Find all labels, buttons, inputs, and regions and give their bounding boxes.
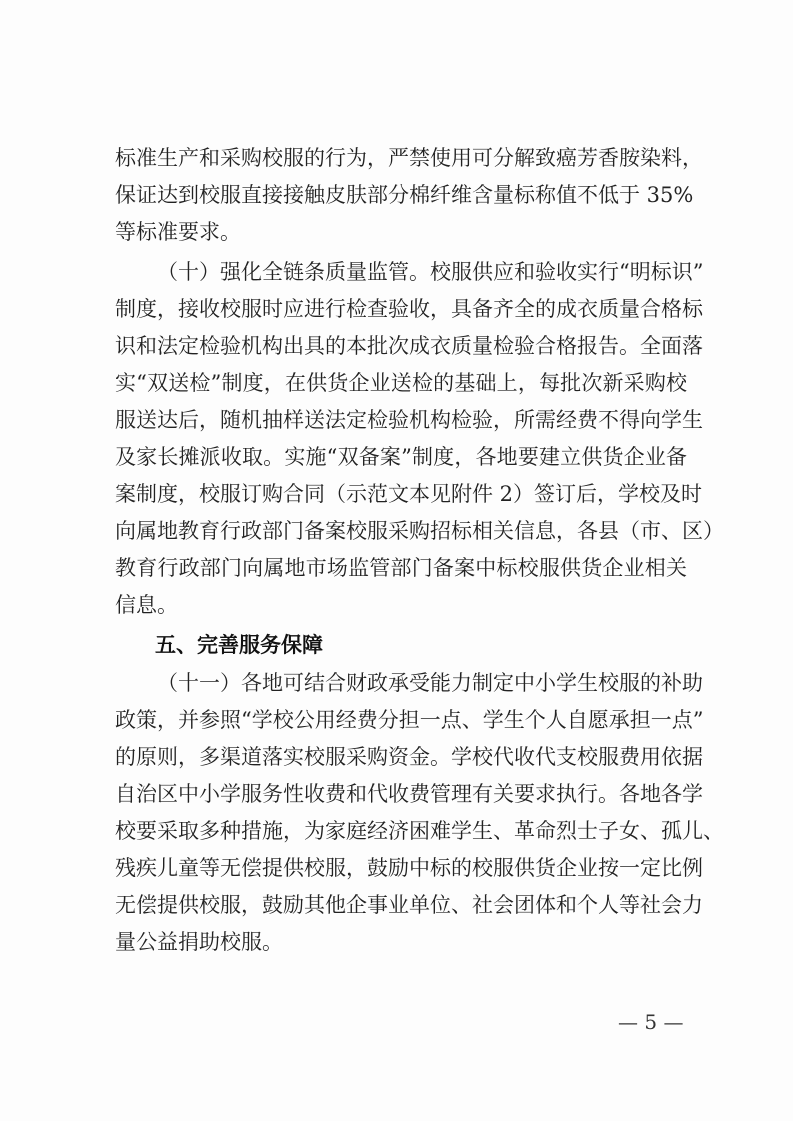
text-line: 校要采取多种措施，为家庭经济困难学生、革命烈士子女、孤儿、	[115, 813, 687, 850]
text-line: 信息。	[115, 587, 687, 624]
text-line: 实“双送检”制度，在供货企业送检的基础上，每批次新采购校	[115, 365, 687, 402]
document-page: 标准生产和采购校服的行为，严禁使用可分解致癌芳香胺染料， 保证达到校服直接接触皮…	[0, 0, 793, 1121]
text-line: 识和法定检验机构出具的本批次成衣质量检验合格报告。全面落	[115, 328, 687, 365]
text-line: 残疾儿童等无偿提供校服，鼓励中标的校服供货企业按一定比例	[115, 850, 687, 887]
section-heading: 五、完善服务保障	[155, 627, 323, 664]
text-line: 保证达到校服直接接触皮肤部分棉纤维含量标称值不低于 35%	[115, 177, 687, 214]
text-line: 等标准要求。	[115, 214, 687, 251]
text-line: 自治区中小学服务性收费和代收费管理有关要求执行。各地各学	[115, 776, 687, 813]
text-line: 教育行政部门向属地市场监管部门备案中标校服供货企业相关	[115, 550, 687, 587]
text-line: 标准生产和采购校服的行为，严禁使用可分解致癌芳香胺染料，	[115, 140, 687, 177]
text-line: 量公益捐助校服。	[115, 924, 687, 961]
text-line: 无偿提供校服，鼓励其他企事业单位、社会团体和个人等社会力	[115, 887, 687, 924]
page-number: — 5 —	[618, 1010, 683, 1034]
paragraph-first-line: （十）强化全链条质量监管。校服供应和验收实行“明标识”	[157, 254, 687, 291]
text-line: 政策，并参照“学校公用经费分担一点、学生个人自愿承担一点”	[115, 702, 687, 739]
text-line: 及家长摊派收取。实施“双备案”制度，各地要建立供货企业备	[115, 439, 687, 476]
text-line: 制度，接收校服时应进行检查验收，具备齐全的成衣质量合格标	[115, 291, 687, 328]
text-line: 的原则，多渠道落实校服采购资金。学校代收代支校服费用依据	[115, 739, 687, 776]
text-line: 向属地教育行政部门备案校服采购招标相关信息，各县（市、区）	[115, 513, 687, 550]
text-line: 服送达后，随机抽样送法定检验机构检验，所需经费不得向学生	[115, 402, 687, 439]
text-line: 案制度，校服订购合同（示范文本见附件 2）签订后，学校及时	[115, 476, 687, 513]
paragraph-first-line: （十一）各地可结合财政承受能力制定中小学生校服的补助	[157, 665, 687, 702]
